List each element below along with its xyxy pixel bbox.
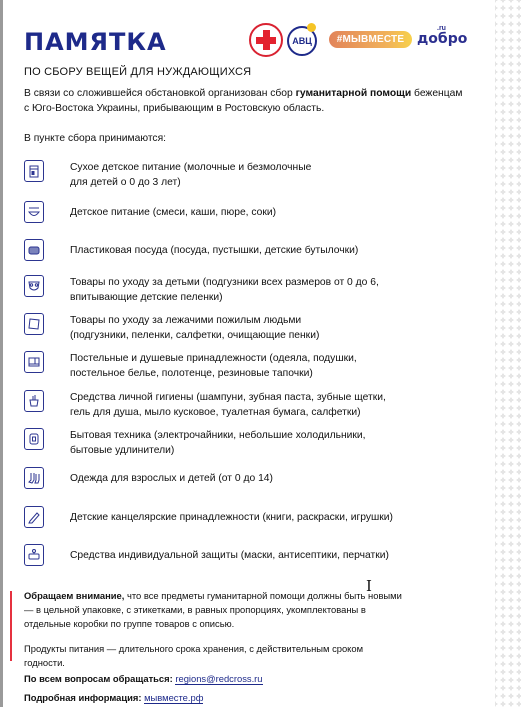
list-item-text: Товары по уходу за лежачими пожилым людь… — [70, 313, 470, 343]
plastic-dishes-icon — [24, 239, 44, 261]
pad-icon — [24, 313, 44, 335]
list-item-line: Пластиковая посуда (посуда, пустышки, де… — [70, 243, 470, 258]
socks-icon — [24, 467, 44, 489]
notice-paragraph: Обращаем внимание, что все предметы гума… — [24, 589, 404, 631]
list-item-text: Бытовая техника (электрочайники, небольш… — [70, 428, 470, 458]
intro-text-1: В связи со сложившейся обстановкой орган… — [24, 88, 296, 99]
hashtag-logo: #МЫВМЕСТЕ — [329, 31, 412, 48]
notice-bold: Обращаем внимание, — [24, 590, 124, 601]
contact-site-link[interactable]: мывместе.рф — [144, 692, 203, 704]
accepted-heading: В пункте сбора принимаются: — [24, 133, 166, 144]
list-item: Постельные и душевые принадлежности (оде… — [24, 351, 474, 381]
list-item-line: гель для душа, мыло кусковое, туалетная … — [70, 405, 470, 420]
contact-questions: По всем вопросам обращаться: regions@red… — [24, 673, 263, 684]
notice-block: Обращаем внимание, что все предметы гума… — [24, 589, 404, 681]
page-subtitle: ПО СБОРУ ВЕЩЕЙ ДЛЯ НУЖДАЮЩИХСЯ — [24, 66, 251, 78]
list-item-text: Средства индивидуальной защиты (маски, а… — [70, 548, 470, 563]
contact-info: Подробная информация: мывместе.рф — [24, 692, 203, 703]
list-item: Средства индивидуальной защиты (маски, а… — [24, 544, 474, 574]
contact-info-label: Подробная информация: — [24, 692, 141, 703]
page-left-border — [0, 0, 3, 707]
notice-food: Продукты питания — длительного срока хра… — [24, 642, 404, 670]
list-item-text: Детские канцелярские принадлежности (кни… — [70, 510, 470, 525]
list-item: Пластиковая посуда (посуда, пустышки, де… — [24, 239, 474, 269]
list-item-line: бытовые удлинители) — [70, 443, 470, 458]
list-item-line: Средства индивидуальной защиты (маски, а… — [70, 548, 470, 563]
list-item-text: Постельные и душевые принадлежности (оде… — [70, 351, 470, 381]
kettle-icon — [24, 428, 44, 450]
list-item-line: Товары по уходу за детьми (подгузники вс… — [70, 275, 470, 290]
text-cursor-icon: I — [366, 577, 372, 595]
list-item: Товары по уходу за детьми (подгузники вс… — [24, 275, 474, 305]
list-item-line: Детские канцелярские принадлежности (кни… — [70, 510, 470, 525]
dobro-logo-suffix: .ru — [437, 25, 446, 32]
contact-questions-label: По всем вопросам обращаться: — [24, 673, 173, 684]
decorative-pattern-strip — [495, 0, 521, 707]
list-item: Бытовая техника (электрочайники, небольш… — [24, 428, 474, 458]
list-item-line: Постельные и душевые принадлежности (оде… — [70, 351, 470, 366]
list-item-line: впитывающие детские пеленки) — [70, 290, 470, 305]
list-item-line: Бытовая техника (электрочайники, небольш… — [70, 428, 470, 443]
avc-logo-dot-icon — [307, 23, 316, 32]
list-item-line: Одежда для взрослых и детей (от 0 до 14) — [70, 471, 470, 486]
bowl-spoon-icon — [24, 201, 44, 223]
notice-accent-bar — [10, 591, 12, 661]
list-item-text: Товары по уходу за детьми (подгузники вс… — [70, 275, 470, 305]
list-item-line: Сухое детское питание (молочные и безмол… — [70, 160, 470, 175]
list-item-text: Средства личной гигиены (шампуни, зубная… — [70, 390, 470, 420]
list-item: Одежда для взрослых и детей (от 0 до 14) — [24, 467, 474, 497]
list-item: Детское питание (смеси, каши, пюре, соки… — [24, 201, 474, 231]
intro-text-bold: гуманитарной помощи — [296, 88, 412, 99]
list-item: Средства личной гигиены (шампуни, зубная… — [24, 390, 474, 420]
list-item-line: Средства личной гигиены (шампуни, зубная… — [70, 390, 470, 405]
list-item-line: для детей о 0 до 3 лет) — [70, 175, 470, 190]
list-item: Сухое детское питание (молочные и безмол… — [24, 160, 474, 190]
list-item-line: Детское питание (смеси, каши, пюре, соки… — [70, 205, 470, 220]
list-item-text: Пластиковая посуда (посуда, пустышки, де… — [70, 243, 470, 258]
list-item-line: Товары по уходу за лежачими пожилым людь… — [70, 313, 470, 328]
toothbrush-cup-icon — [24, 390, 44, 412]
red-cross-logo-icon — [249, 23, 283, 57]
list-item-text: Одежда для взрослых и детей (от 0 до 14) — [70, 471, 470, 486]
pencil-icon — [24, 506, 44, 528]
intro-paragraph: В связи со сложившейся обстановкой орган… — [24, 86, 464, 116]
contact-email-link[interactable]: regions@redcross.ru — [175, 673, 262, 685]
page-title: ПАМЯТКА — [24, 28, 167, 56]
dobro-logo: добро — [417, 31, 467, 47]
diaper-icon — [24, 275, 44, 297]
mask-icon — [24, 544, 44, 566]
list-item-text: Сухое детское питание (молочные и безмол… — [70, 160, 470, 190]
list-item-text: Детское питание (смеси, каши, пюре, соки… — [70, 205, 470, 220]
baby-food-jar-icon — [24, 160, 44, 182]
list-item-line: (подгузники, пеленки, салфетки, очищающи… — [70, 328, 470, 343]
list-item-line: постельное белье, полотенце, резиновые т… — [70, 366, 470, 381]
bedding-icon — [24, 351, 44, 373]
list-item: Детские канцелярские принадлежности (кни… — [24, 506, 474, 536]
list-item: Товары по уходу за лежачими пожилым людь… — [24, 313, 474, 343]
